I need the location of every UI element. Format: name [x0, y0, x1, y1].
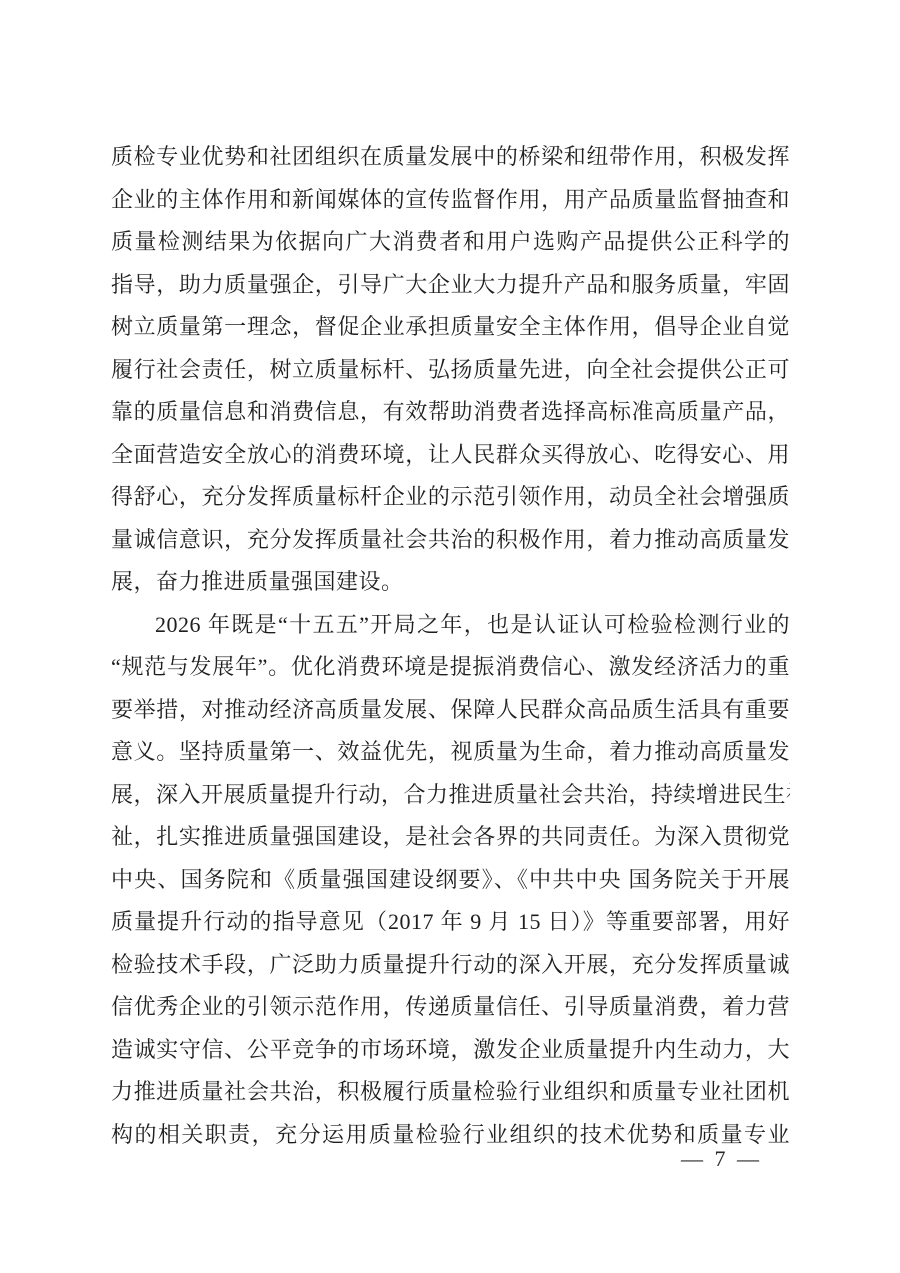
text-line: 企业的主体作用和新闻媒体的宣传监督作用，用产品质量监督抽查和	[111, 179, 790, 222]
text-line: 量诚信意识，充分发挥质量社会共治的积极作用，着力推动高质量发	[111, 519, 790, 562]
paragraph: 质检专业优势和社团组织在质量发展中的桥梁和纽带作用，积极发挥 企业的主体作用和新…	[111, 136, 790, 604]
text-line: 指导，助力质量强企，引导广大企业大力提升产品和服务质量，牢固	[111, 264, 790, 307]
text-line: “规范与发展年”。优化消费环境是提振消费信心、激发经济活力的重	[111, 646, 790, 689]
paragraph: 2026 年既是“十五五”开局之年，也是认证认可检验检测行业的 “规范与发展年”…	[111, 604, 790, 1157]
text-line: 展，深入开展质量提升行动，合力推进质量社会共治，持续增进民生福	[111, 774, 790, 817]
text-line: 信优秀企业的引领示范作用，传递质量信任、引导质量消费，着力营	[111, 986, 790, 1029]
text-line: 2026 年既是“十五五”开局之年，也是认证认可检验检测行业的	[111, 604, 790, 647]
document-page: 质检专业优势和社团组织在质量发展中的桥梁和纽带作用，积极发挥 企业的主体作用和新…	[0, 0, 900, 1273]
text-line: 靠的质量信息和消费信息，有效帮助消费者选择高标准高质量产品，	[111, 391, 790, 434]
page-number: — 7 —	[111, 1146, 790, 1172]
text-line: 得舒心，充分发挥质量标杆企业的示范引领作用，动员全社会增强质	[111, 476, 790, 519]
text-line: 全面营造安全放心的消费环境，让人民群众买得放心、吃得安心、用	[111, 434, 790, 477]
text-block: 质检专业优势和社团组织在质量发展中的桥梁和纽带作用，积极发挥 企业的主体作用和新…	[111, 136, 790, 1156]
text-line: 树立质量第一理念，督促企业承担质量安全主体作用，倡导企业自觉	[111, 306, 790, 349]
text-line: 要举措，对推动经济高质量发展、保障人民群众高品质生活具有重要	[111, 689, 790, 732]
text-line: 质量提升行动的指导意见（2017 年 9 月 15 日）》等重要部署，用好	[111, 901, 790, 944]
text-line: 履行社会责任，树立质量标杆、弘扬质量先进，向全社会提供公正可	[111, 349, 790, 392]
text-line: 力推进质量社会共治，积极履行质量检验行业组织和质量专业社团机	[111, 1071, 790, 1114]
text-line: 中央、国务院和《质量强国建设纲要》、《中共中央 国务院关于开展	[111, 859, 790, 902]
text-line: 质量检测结果为依据向广大消费者和用户选购产品提供公正科学的	[111, 221, 790, 264]
text-line: 祉，扎实推进质量强国建设，是社会各界的共同责任。为深入贯彻党	[111, 816, 790, 859]
text-line: 检验技术手段，广泛助力质量提升行动的深入开展，充分发挥质量诚	[111, 944, 790, 987]
text-line: 意义。坚持质量第一、效益优先，视质量为生命，着力推动高质量发	[111, 731, 790, 774]
text-line: 造诚实守信、公平竞争的市场环境，激发企业质量提升内生动力，大	[111, 1029, 790, 1072]
text-line: 展，奋力推进质量强国建设。	[111, 561, 790, 604]
text-line: 质检专业优势和社团组织在质量发展中的桥梁和纽带作用，积极发挥	[111, 136, 790, 179]
